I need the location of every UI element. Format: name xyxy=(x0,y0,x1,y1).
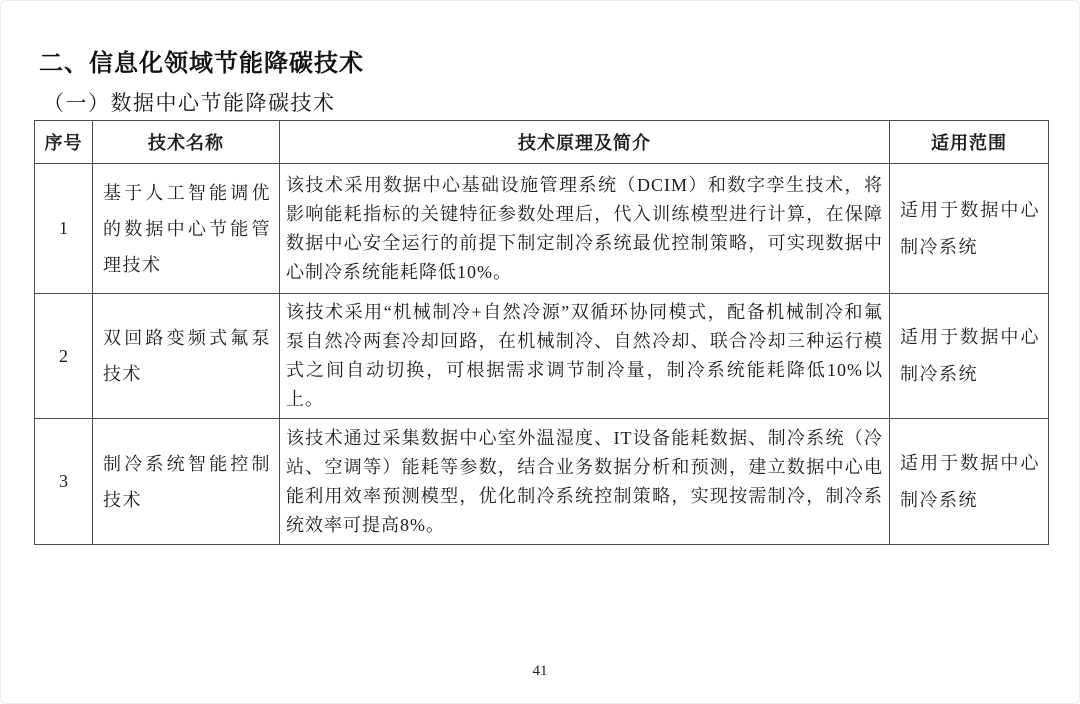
column-header-index: 序号 xyxy=(35,121,93,164)
tech-principle-cell: 该技术采用“机械制冷+自然冷源”双循环协同模式，配备机械制冷和氟泵自然冷两套冷却… xyxy=(280,294,890,419)
column-header-principle: 技术原理及简介 xyxy=(280,121,890,164)
row-index: 2 xyxy=(35,294,93,419)
table-row: 2 双回路变频式氟泵技术 该技术采用“机械制冷+自然冷源”双循环协同模式，配备机… xyxy=(35,294,1049,419)
tech-name-cell: 双回路变频式氟泵技术 xyxy=(93,294,280,419)
row-index: 3 xyxy=(35,419,93,545)
tech-name-cell: 制冷系统智能控制技术 xyxy=(93,419,280,545)
section-heading: 二、信息化领域节能降碳技术 xyxy=(39,43,364,78)
column-header-scope: 适用范围 xyxy=(890,121,1049,164)
tech-scope-cell: 适用于数据中心制冷系统 xyxy=(890,164,1049,294)
row-index: 1 xyxy=(35,164,93,294)
column-header-tech-name: 技术名称 xyxy=(93,121,280,164)
tech-name-cell: 基于人工智能调优的数据中心节能管理技术 xyxy=(93,164,280,294)
page-number: 41 xyxy=(1,663,1079,680)
tech-scope-cell: 适用于数据中心制冷系统 xyxy=(890,294,1049,419)
tech-principle-cell: 该技术通过采集数据中心室外温湿度、IT设备能耗数据、制冷系统（冷站、空调等）能耗… xyxy=(280,419,890,545)
technology-table: 序号 技术名称 技术原理及简介 适用范围 1 基于人工智能调优的数据中心节能管理… xyxy=(34,120,1049,545)
table-row: 1 基于人工智能调优的数据中心节能管理技术 该技术采用数据中心基础设施管理系统（… xyxy=(35,164,1049,294)
document-page: 二、信息化领域节能降碳技术 （一）数据中心节能降碳技术 序号 技术名称 技术原理… xyxy=(0,0,1080,704)
table-header-row: 序号 技术名称 技术原理及简介 适用范围 xyxy=(35,121,1049,164)
subsection-heading: （一）数据中心节能降碳技术 xyxy=(43,87,336,117)
tech-principle-cell: 该技术采用数据中心基础设施管理系统（DCIM）和数字孪生技术，将影响能耗指标的关… xyxy=(280,164,890,294)
tech-scope-cell: 适用于数据中心制冷系统 xyxy=(890,419,1049,545)
table-row: 3 制冷系统智能控制技术 该技术通过采集数据中心室外温湿度、IT设备能耗数据、制… xyxy=(35,419,1049,545)
